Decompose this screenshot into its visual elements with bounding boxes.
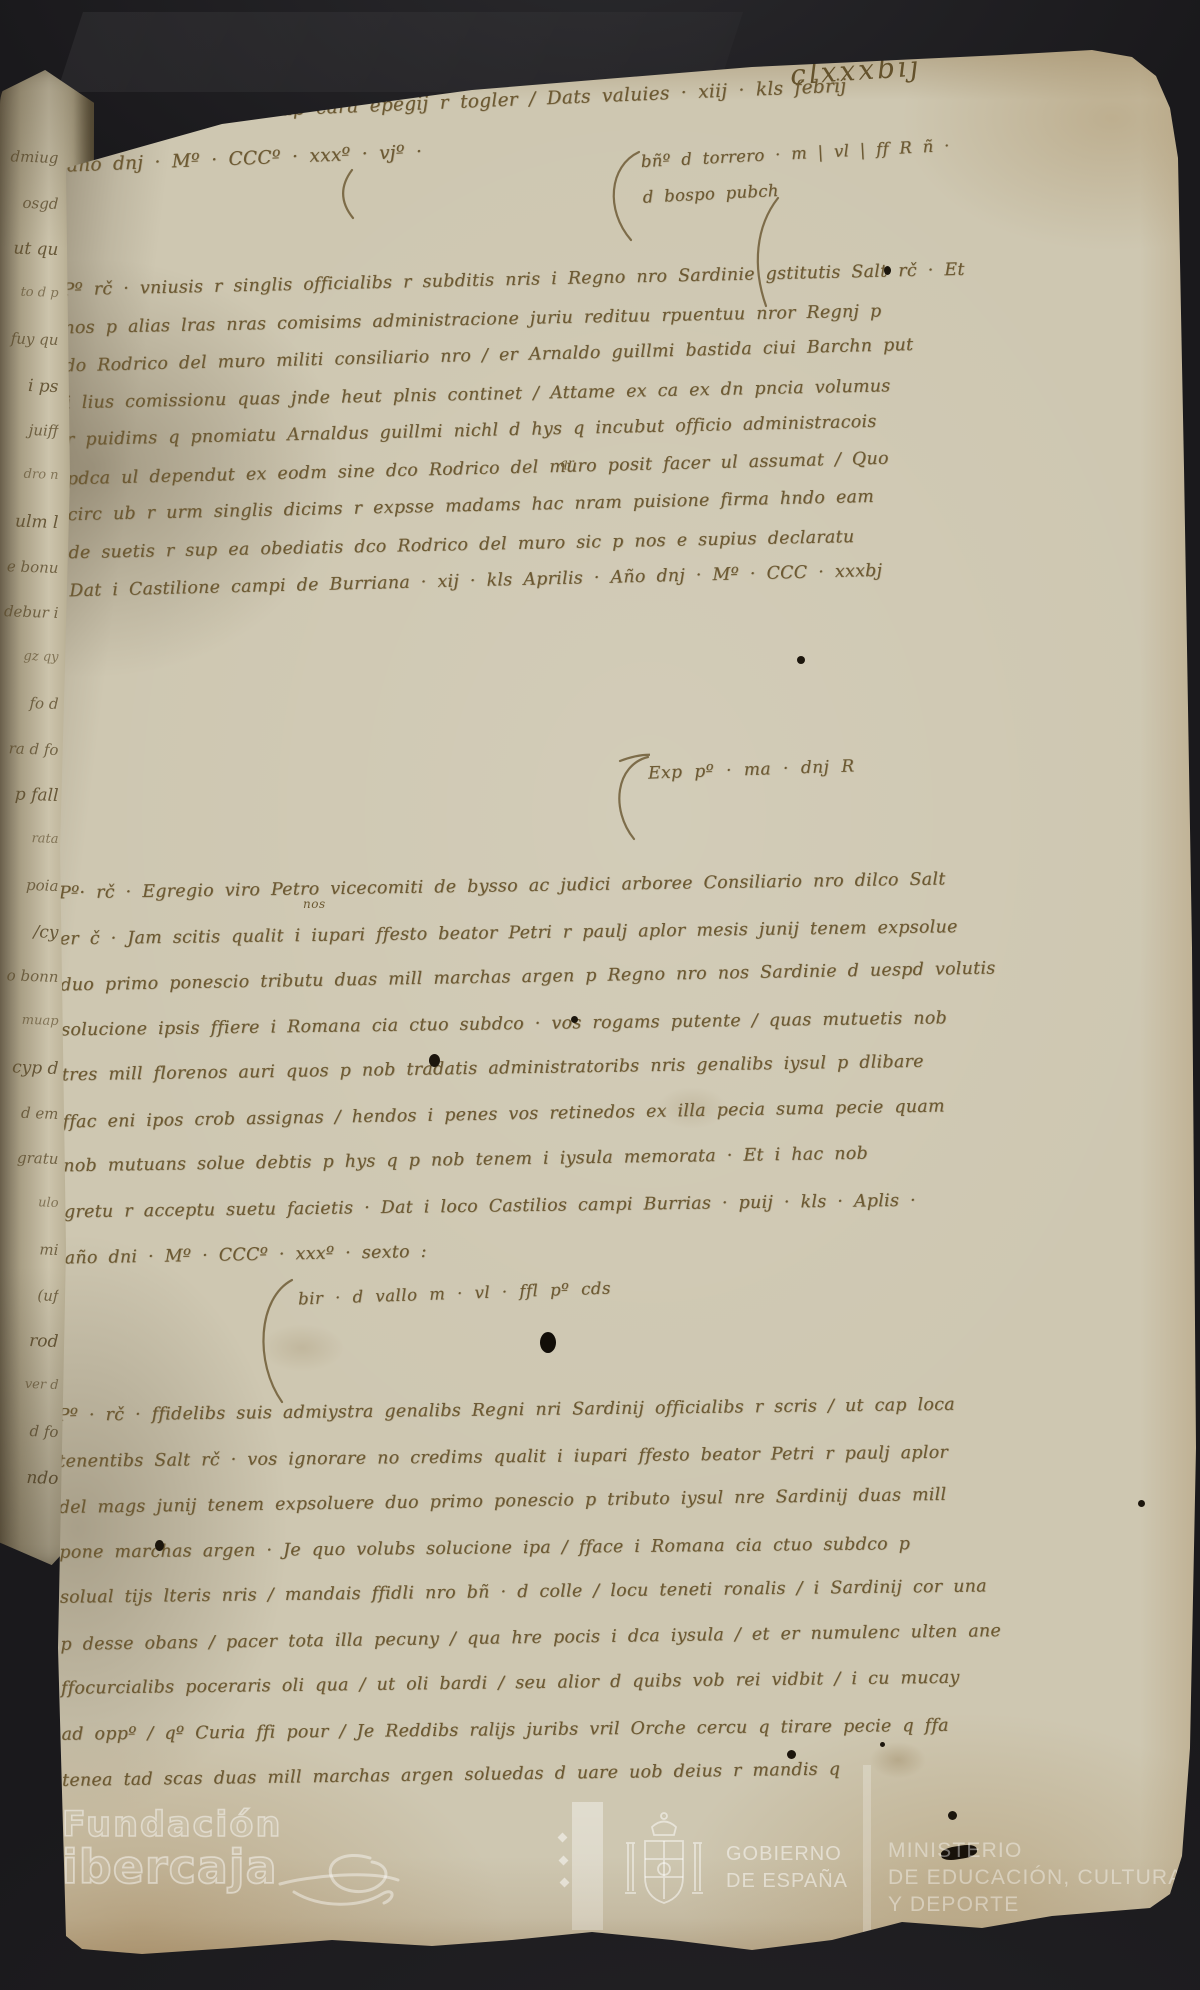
text-block-entry1: Pº rč · vniusis r singlis officialibs r … [62, 260, 972, 618]
star-icon [559, 1856, 569, 1866]
watermark-text: Y DEPORTE [888, 1892, 1184, 1919]
manuscript-page: clxxxbij nd obseruarij r ma sup cara epe… [52, 48, 1200, 1966]
ink-blot [787, 1750, 796, 1759]
ink-blot [948, 1811, 957, 1820]
manuscript-line: pone marchas argen · Je quo volubs soluc… [59, 1533, 1000, 1588]
watermark-ministerio: MINISTERIODE EDUCACIÓN, CULTURAY DEPORTE [888, 1838, 1184, 1919]
watermark-text: Fundación [62, 1808, 282, 1844]
chancery-note-expedita: Exp pº · ma · dnj R [648, 756, 855, 783]
gobierno-flag-bar [572, 1802, 603, 1930]
ibercaja-swirl-icon [274, 1848, 406, 1918]
ink-blot [880, 1742, 885, 1747]
watermark-gobierno: GOBIERNO DE ESPAÑA [726, 1841, 848, 1895]
watermark-text: ibercaja [62, 1844, 282, 1891]
watermark-text: MINISTERIO [888, 1838, 1184, 1865]
ink-blot [797, 656, 805, 664]
spain-coat-of-arms-icon [618, 1810, 710, 1916]
star-icon [558, 1833, 568, 1843]
star-icon [560, 1878, 570, 1888]
bracket-mark-icon [248, 1276, 294, 1406]
watermark-text: DE EDUCACIÓN, CULTURA [888, 1865, 1184, 1892]
archive-photo: dmiugosgdut quto d pfuy qui psjuiffdro n… [0, 0, 1200, 1990]
text-block-entry2: Pº· rč · Egregio viro Petro vicecomiti d… [59, 869, 1001, 1293]
text-block-registration-note: bñº d torrero · m | vl | ff R ñ ·d bospo… [640, 136, 952, 222]
ink-blot [884, 266, 891, 275]
text-block-entry3: Pº · rč · ffidelibs suis admiystra genal… [58, 1394, 1004, 1815]
logo-divider-bar [863, 1765, 871, 1943]
ink-blot [155, 1540, 164, 1551]
watermark-text: DE ESPAÑA [726, 1868, 848, 1895]
watermark-fundacion-ibercaja: Fundación ibercaja [62, 1808, 282, 1891]
superscript-abbreviation: nos [303, 897, 326, 911]
bracket-mark-icon [606, 751, 650, 843]
ink-blot [429, 1054, 440, 1067]
ink-blot [571, 1016, 578, 1023]
watermark-text: GOBIERNO [726, 1841, 848, 1868]
superscript-abbreviation: qr [560, 456, 574, 470]
ink-blot [540, 1332, 556, 1353]
ink-blot [1138, 1500, 1145, 1507]
